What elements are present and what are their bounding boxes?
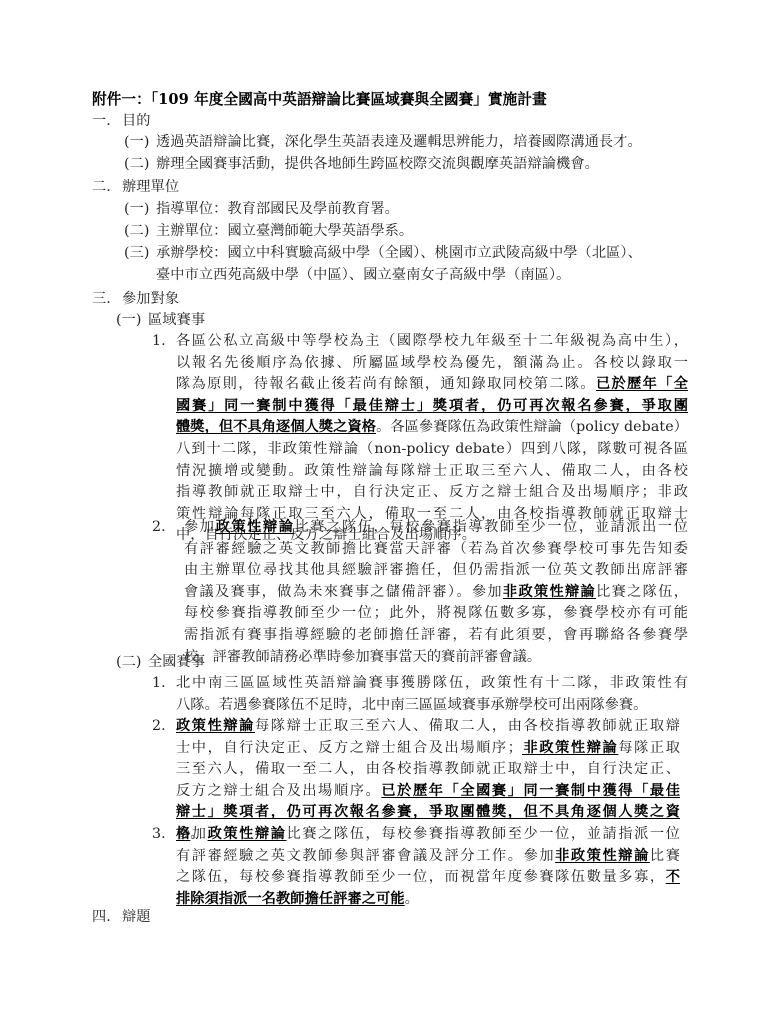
paragraph-line: 八隊。若遇參賽隊伍不足時，北中南三區區域賽事承辦學校可出兩隊參賽。 [176, 695, 648, 715]
list-number: 1. [152, 673, 166, 693]
paragraph-line: 三至六人，備取一至二人，由各校指導教師就正取辯士中，自行決定正、 [176, 759, 680, 779]
emphasized-text: 非政策性辯論 [503, 584, 596, 600]
section-heading-purpose: 目的 [122, 111, 151, 131]
text-run: 有評審經驗之英文教師擔比賽當天評審（若為首次參賽學校可事先告知委 [184, 541, 688, 557]
list-number: 1. [152, 331, 166, 351]
subsection-marker: (一) [116, 310, 142, 330]
subsection-marker: (二) [116, 652, 142, 672]
paragraph-line: 有評審經驗之英文教師參與評審會議及評分工作。參加非政策性辯論比賽 [176, 846, 680, 866]
emphasized-text: 政策性辯論 [176, 718, 255, 734]
text-run: 之隊伍，每校參賽指導教師至少一位，而視當年度參賽隊伍數量多寡， [176, 869, 666, 885]
paragraph-line: 指導教師就正取辯士中，自行決定正、反方之辯士組合及出場順序；非政 [176, 482, 688, 502]
text-run: 。各區參賽隊伍為政策性辯論（policy debate） [376, 419, 688, 435]
text-run: 以報名先後順序為依據、所屬區域學校為優先，額滿為止。各校以錄取一 [176, 355, 688, 371]
paragraph-line: 辯士」獎項者，仍可再次報名參賽，爭取團體獎，但不具角逐個人獎之資 [176, 802, 680, 822]
text-run: 由主辦單位尋找其他具經驗評審擔任，但仍需指派一位英文教師出席評審 [184, 562, 688, 578]
emphasized-text: 政策性辯論 [216, 519, 295, 535]
document-page: 附件一：「109 年度全國高中英語辯論比賽區域賽與全國賽」實施計畫 一. 目的 … [0, 0, 770, 1024]
text-run: 比賽之隊伍，每校參賽指導教師至少一位，並請指派一位 [287, 826, 680, 842]
text-run: 北中南三區區域性英語辯論賽事獲勝隊伍，政策性有十二隊，非政策性有 [176, 675, 688, 691]
paragraph-line: 隊為原則，待報名截止後若尚有餘額，通知錄取同校第二隊。已於歷年「全 [176, 374, 688, 394]
item-text: 臺中市立西苑高級中學（中區）、國立臺南女子高級中學（南區）。 [156, 265, 570, 285]
text-run: 需指派有賽事指導經驗的老師擔任評審，若有此須要，會再聯絡各參賽學 [184, 627, 688, 643]
text-run: 比賽 [650, 848, 680, 864]
subsection-heading-national: 全國賽事 [148, 652, 205, 672]
paragraph-line: 情況擴增或變動。政策性辯論每隊辯士正取三至六人、備取二人，由各校 [176, 461, 688, 481]
paragraph-line: 反方之辯士組合及出場順序。已於歷年「全國賽」同一賽制中獲得「最佳 [176, 781, 680, 801]
section-heading-organizers: 辦理單位 [122, 177, 179, 197]
text-run: 會議及賽事，做為未來賽事之儲備評審）。參加 [184, 584, 503, 600]
emphasized-text: 辯士」獎項者，仍可再次報名參賽，爭取團體獎，但不具角逐個人獎之資 [176, 804, 680, 820]
paragraph-line: 每校參賽指導教師至少一位；此外，將視隊伍數多寡，參賽學校亦有可能 [184, 603, 688, 623]
section-marker: 一. [92, 111, 111, 131]
emphasized-text: 非政策性辯論 [522, 740, 618, 756]
item-marker: (二) [124, 154, 150, 174]
list-number: 3. [152, 824, 166, 844]
emphasized-text: 國賽」同一賽制中獲得「最佳辯士」獎項者，仍可再次報名參賽，爭取團 [176, 398, 688, 414]
document-title: 附件一：「109 年度全國高中英語辯論比賽區域賽與全國賽」實施計畫 [92, 90, 547, 110]
item-text: 透過英語辯論比賽，深化學生英語表達及邏輯思辨能力，培養國際溝通長才。 [156, 132, 642, 152]
text-run: 情況擴增或變動。政策性辯論每隊辯士正取三至六人、備取二人，由各校 [176, 463, 688, 479]
text-run: 反方之辯士組合及出場順序。 [176, 783, 381, 799]
section-marker: 二. [92, 177, 111, 197]
item-text: 辦理全國賽事活動，提供各地師生跨區校際交流與觀摩英語辯論機會。 [156, 154, 599, 174]
item-text: 指導單位：教育部國民及學前教育署。 [156, 199, 399, 219]
text-run: 比賽之隊伍， [596, 584, 688, 600]
text-run: 各區公私立高級中等學校為主（國際學校九年級至十二年級視為高中生）， [176, 333, 688, 349]
text-run: 每隊辯士正取三至六人、備取二人，由各校指導教師就正取辯 [255, 718, 680, 734]
item-marker: (一) [124, 132, 150, 152]
paragraph-line: 會議及賽事，做為未來賽事之儲備評審）。參加非政策性辯論比賽之隊伍， [184, 582, 688, 602]
emphasized-text: 政策性辯論 [208, 826, 287, 842]
text-run: 每校參賽指導教師至少一位；此外，將視隊伍數多寡，參賽學校亦有可能 [184, 605, 688, 621]
text-run: 隊為原則，待報名截止後若尚有餘額，通知錄取同校第二隊。 [176, 376, 596, 392]
item-text: 承辦學校：國立中科實驗高級中學（全國）、桃園市立武陵高級中學（北區）、 [156, 243, 642, 263]
paragraph-line: 各區公私立高級中等學校為主（國際學校九年級至十二年級視為高中生）， [176, 331, 688, 351]
text-run: 三至六人，備取一至二人，由各校指導教師就正取辯士中，自行決定正、 [176, 761, 680, 777]
text-run: 比賽之隊伍，每校參賽指導教師至少一位，並請派出一位 [295, 519, 688, 535]
text-run: 八隊。若遇參賽隊伍不足時，北中南三區區域賽事承辦學校可出兩隊參賽。 [176, 697, 648, 713]
paragraph-line: 政策性辯論每隊辯士正取三至六人、備取二人，由各校指導教師就正取辯 [176, 716, 680, 736]
emphasized-text: 非政策性辯論 [555, 848, 650, 864]
emphasized-text: 不 [666, 869, 680, 885]
paragraph-line: 校。評審教師請務必準時參加賽事當天的賽前評審會議。 [184, 647, 541, 667]
list-number: 2. [152, 716, 166, 736]
item-marker: (一) [124, 199, 150, 219]
emphasized-text: 排除須指派一名教師擔任評審之可能 [176, 891, 405, 907]
paragraph-line: 排除須指派一名教師擔任評審之可能。 [176, 889, 419, 909]
paragraph-line: 體獎，但不具角逐個人獎之資格。各區參賽隊伍為政策性辯論（policy debat… [176, 417, 688, 437]
paragraph-line: 之隊伍，每校參賽指導教師至少一位，而視當年度參賽隊伍數量多寡，不 [176, 867, 680, 887]
item-marker: (三) [124, 243, 150, 263]
section-heading-participants: 參加對象 [122, 289, 179, 309]
paragraph-line: 八到十二隊，非政策性辯論（non-policy debate）四到八隊，隊數可視… [176, 439, 688, 459]
text-run: 參加 [184, 519, 216, 535]
paragraph-line: 以報名先後順序為依據、所屬區域學校為優先，額滿為止。各校以錄取一 [176, 353, 688, 373]
emphasized-text: 已於歷年「全國賽」同一賽制中獲得「最佳 [381, 783, 680, 799]
emphasized-text: 體獎，但不具角逐個人獎之資格 [176, 419, 376, 435]
section-marker: 四. [92, 907, 111, 927]
paragraph-line: 士中，自行決定正、反方之辯士組合及出場順序；非政策性辯論每隊正取 [176, 738, 680, 758]
paragraph-line: 北中南三區區域性英語辯論賽事獲勝隊伍，政策性有十二隊，非政策性有 [176, 673, 688, 693]
paragraph-line: 參加政策性辯論比賽之隊伍，每校參賽指導教師至少一位，並請指派一位 [176, 824, 680, 844]
text-run: 每隊正取 [618, 740, 680, 756]
section-heading-topics: 辯題 [122, 907, 151, 927]
list-number: 2. [152, 517, 166, 537]
text-run: 指導教師就正取辯士中，自行決定正、反方之辯士組合及出場順序；非政 [176, 484, 688, 500]
emphasized-text: 已於歷年「全 [596, 376, 688, 392]
paragraph-line: 參加政策性辯論比賽之隊伍，每校參賽指導教師至少一位，並請派出一位 [184, 517, 688, 537]
paragraph-line: 由主辦單位尋找其他具經驗評審擔任，但仍需指派一位英文教師出席評審 [184, 560, 688, 580]
text-run: 參加 [176, 826, 208, 842]
text-run: 校。評審教師請務必準時參加賽事當天的賽前評審會議。 [184, 649, 541, 665]
text-run: 八到十二隊，非政策性辯論（non-policy debate）四到八隊，隊數可視… [176, 441, 688, 457]
text-run: 士中，自行決定正、反方之辯士組合及出場順序； [176, 740, 522, 756]
paragraph-line: 國賽」同一賽制中獲得「最佳辯士」獎項者，仍可再次報名參賽，爭取團 [176, 396, 688, 416]
paragraph-line: 有評審經驗之英文教師擔比賽當天評審（若為首次參賽學校可事先告知委 [184, 539, 688, 559]
text-run: 有評審經驗之英文教師參與評審會議及評分工作。參加 [176, 848, 555, 864]
text-run: 。 [405, 891, 419, 907]
paragraph-line: 需指派有賽事指導經驗的老師擔任評審，若有此須要，會再聯絡各參賽學 [184, 625, 688, 645]
section-marker: 三. [92, 289, 111, 309]
item-marker: (二) [124, 221, 150, 241]
item-text: 主辦單位：國立臺灣師範大學英語學系。 [156, 221, 413, 241]
subsection-heading-regional: 區域賽事 [148, 310, 205, 330]
